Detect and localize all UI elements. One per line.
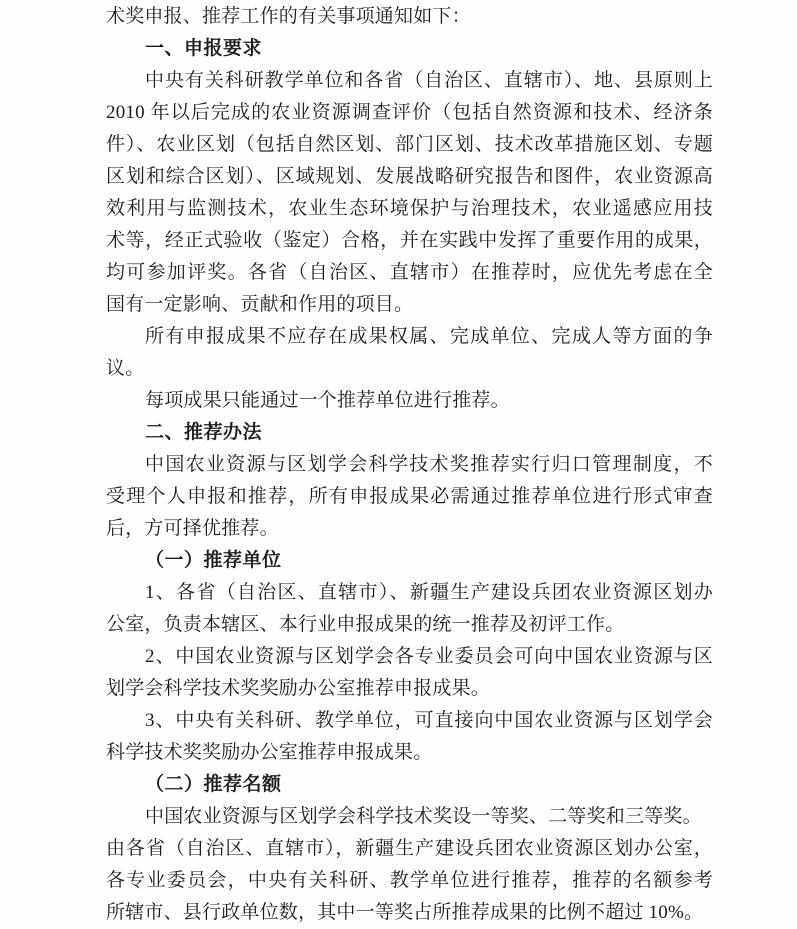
document-line: 2、中国农业资源与区划学会各专业委员会可向中国农业资源与区	[106, 641, 713, 673]
document-line: 后，方可择优推荐。	[106, 513, 713, 545]
document-line: 划学会科学技术奖奖励办公室推荐申报成果。	[106, 673, 713, 705]
document-line: 中国农业资源与区划学会科学技术奖推荐实行归口管理制度，不	[106, 449, 713, 481]
document-line: 效利用与监测技术，农业生态环境保护与治理技术，农业遥感应用技	[106, 193, 713, 225]
document-line: 公室，负责本辖区、本行业申报成果的统一推荐及初评工作。	[106, 609, 713, 641]
document-line: 二、推荐办法	[106, 417, 713, 449]
document-line: 1、各省（自治区、直辖市）、新疆生产建设兵团农业资源区划办	[106, 577, 713, 609]
document-line: 术等，经正式验收（鉴定）合格，并在实践中发挥了重要作用的成果，	[106, 225, 713, 257]
document-line: 3、中央有关科研、教学单位，可直接向中国农业资源与区划学会	[106, 705, 713, 737]
document-line: 国有一定影响、贡献和作用的项目。	[106, 289, 713, 321]
document-line: 件）、农业区划（包括自然区划、部门区划、技术改革措施区划、专题	[106, 129, 713, 161]
document-line: 由各省（自治区、直辖市），新疆生产建设兵团农业资源区划办公室，	[106, 833, 713, 865]
document-line: 科学技术奖奖励办公室推荐申报成果。	[106, 737, 713, 769]
document-page: 术奖申报、推荐工作的有关事项通知如下：一、申报要求中央有关科研教学单位和各省（自…	[0, 0, 797, 929]
document-line: （二）推荐名额	[106, 769, 713, 801]
document-line: （一）推荐单位	[106, 545, 713, 577]
document-line: 所有申报成果不应存在成果权属、完成单位、完成人等方面的争	[106, 321, 713, 353]
document-line: 每项成果只能通过一个推荐单位进行推荐。	[106, 385, 713, 417]
document-line: 受理个人申报和推荐，所有申报成果必需通过推荐单位进行形式审查	[106, 481, 713, 513]
document-line: 2010 年以后完成的农业资源调查评价（包括自然资源和技术、经济条	[106, 97, 713, 129]
document-text: 术奖申报、推荐工作的有关事项通知如下：一、申报要求中央有关科研教学单位和各省（自…	[106, 1, 713, 929]
document-line: 议。	[106, 353, 713, 385]
document-line: 中央有关科研教学单位和各省（自治区、直辖市）、地、县原则上	[106, 65, 713, 97]
document-line: 区划和综合区划）、区域规划、发展战略研究报告和图件，农业资源高	[106, 161, 713, 193]
document-line: 术奖申报、推荐工作的有关事项通知如下：	[106, 1, 713, 33]
document-line: 一、申报要求	[106, 33, 713, 65]
document-line: 均可参加评奖。各省（自治区、直辖市）在推荐时，应优先考虑在全	[106, 257, 713, 289]
document-line: 各专业委员会，中央有关科研、教学单位进行推荐，推荐的名额参考	[106, 865, 713, 897]
document-line: 所辖市、县行政单位数，其中一等奖占所推荐成果的比例不超过 10%。	[106, 897, 713, 929]
document-line: 中国农业资源与区划学会科学技术奖设一等奖、二等奖和三等奖。	[106, 801, 713, 833]
